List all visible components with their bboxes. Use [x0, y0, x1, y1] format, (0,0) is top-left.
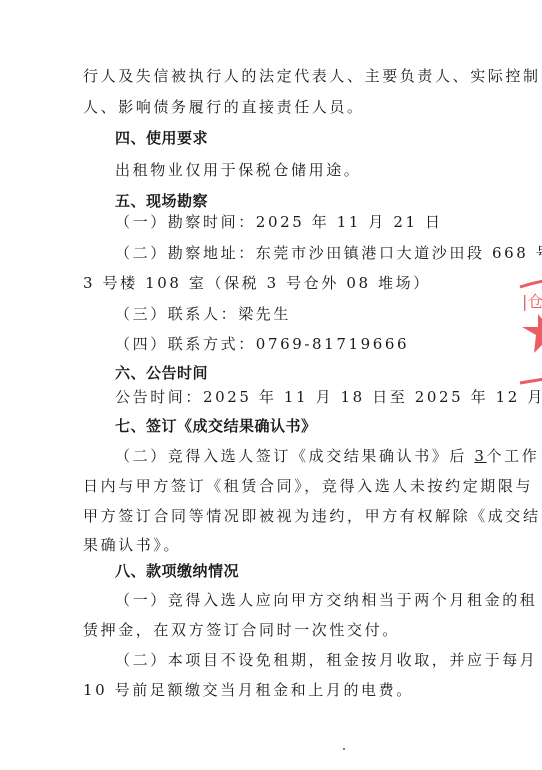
- body-line: 出租物业仅用于保税仓储用途。: [115, 160, 465, 180]
- survey-address: （二）勘察地址：东莞市沙田镇港口大道沙田段 668 号: [115, 243, 465, 263]
- contact-person: （三）联系人：梁先生: [115, 304, 465, 324]
- body-line: 果确认书》。: [83, 535, 465, 555]
- text-segment: （二）竞得入选人签订《成交结果确认书》后: [115, 447, 474, 465]
- body-line: （二）竞得入选人签订《成交结果确认书》后 3个工作: [115, 446, 465, 466]
- section-heading-confirmation: 七、签订《成交结果确认书》: [115, 416, 465, 436]
- official-seal-stamp: |仓: [516, 277, 542, 387]
- body-line: 人、影响债务履行的直接责任人员。: [83, 97, 465, 117]
- announcement-period: 公告时间：2025 年 11 月 18 日至 2025 年 12 月 1 日: [115, 387, 465, 407]
- body-line: （一）竞得入选人应向甲方交纳相当于两个月租金的租: [115, 590, 465, 610]
- section-heading-usage: 四、使用要求: [115, 128, 465, 148]
- star-icon: [522, 314, 542, 353]
- body-line: 行人及失信被执行人的法定代表人、主要负责人、实际控制: [83, 66, 465, 86]
- body-line: （二）本项目不设免租期，租金按月收取，并应于每月: [115, 650, 465, 670]
- section-heading-payment: 八、款项缴纳情况: [115, 561, 465, 581]
- underlined-days: 3: [474, 447, 486, 465]
- survey-time: （一）勘察时间：2025 年 11 月 21 日: [115, 212, 465, 232]
- page-mark: [343, 748, 345, 750]
- body-line: 10 号前足额缴交当月租金和上月的电费。: [83, 680, 465, 700]
- document-page: 行人及失信被执行人的法定代表人、主要负责人、实际控制 人、影响债务履行的直接责任…: [0, 0, 542, 770]
- body-line: 日内与甲方签订《租赁合同》，竞得入选人未按约定期限与: [83, 476, 465, 496]
- section-heading-announcement: 六、公告时间: [115, 363, 465, 383]
- text-segment: 个工作: [487, 447, 540, 465]
- section-heading-site-survey: 五、现场勘察: [115, 191, 465, 211]
- seal-text: |仓: [522, 292, 542, 311]
- contact-phone: （四）联系方式：0769-81719666: [115, 334, 465, 354]
- body-line: 甲方签订合同等情况即被视为违约，甲方有权解除《成交结: [83, 506, 465, 526]
- body-line: 赁押金，在双方签订合同时一次性交付。: [83, 620, 465, 640]
- survey-address-cont: 3 号楼 108 室（保税 3 号仓外 08 堆场）: [83, 273, 465, 293]
